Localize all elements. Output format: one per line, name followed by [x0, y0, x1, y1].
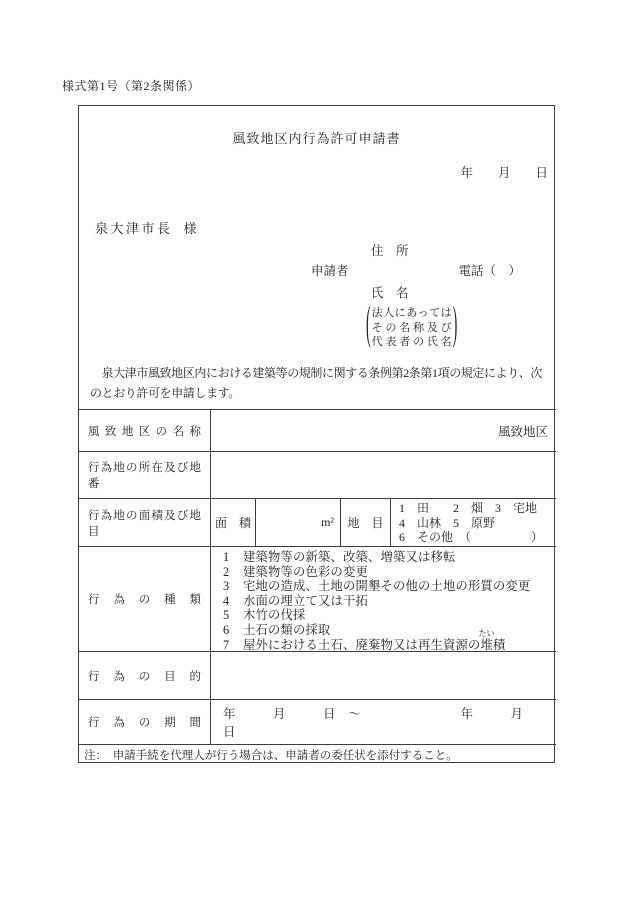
- purpose-value-cell: [211, 652, 556, 699]
- table-row-period: 行為の期間 年 月 日 ～ 年 月 日: [79, 699, 556, 744]
- kinds-list: 1 建築物等の新築、改築、増築又は移転 2 建築物等の色彩の変更 3 宅地の造成…: [211, 547, 556, 651]
- table-row-area: 行為地の面積及び地目 面 積 m² 地 目 1 田 2 畑 3 宅地 4 山林 …: [79, 498, 556, 546]
- kind-item: 4 水面の埋立て又は干拓: [223, 594, 556, 609]
- ruby-furigana: たい: [478, 630, 494, 638]
- area-value-cell: m²: [256, 499, 341, 546]
- kind-item-text-prefix: 屋外における土石、廃棄物又は再生資源の: [243, 638, 480, 652]
- kind-item-number: 5: [223, 608, 243, 623]
- area-label-cell: 行為地の面積及び地目: [79, 499, 211, 546]
- intro-paragraph: 泉大津市風致地区内における建築等の規制に関する条例第2条第1項の規定により、次 …: [90, 364, 552, 403]
- period-label-cell: 行為の期間: [79, 700, 211, 744]
- category-option-line: 1 田 2 畑 3 宅地: [399, 501, 556, 516]
- kind-item-number: 2: [223, 565, 243, 580]
- ruby-base-char: 堆: [480, 638, 493, 652]
- period-label: 行為の期間: [88, 714, 201, 730]
- period-value-cell: 年 月 日 ～ 年 月 日: [211, 700, 556, 744]
- location-value-cell: [211, 452, 556, 498]
- kind-item: 2 建築物等の色彩の変更: [223, 565, 556, 580]
- table-row-district: 風致地区の名称 風致地区: [79, 409, 556, 451]
- kind-item: 1 建築物等の新築、改築、増築又は移転: [223, 550, 556, 565]
- corporate-note-line: その名称及び: [372, 321, 452, 336]
- category-option-line: 6 その他 （ ）: [399, 530, 556, 545]
- applicant-block: 住 所 申請者 電話（ ） 氏 名 ( 法人にあっては その名称及び 代表者の氏…: [311, 243, 521, 350]
- district-suffix: 風致地区: [498, 422, 548, 440]
- kind-item-text-suffix: 積: [493, 638, 506, 652]
- corporate-note-line: 代表者の氏名: [372, 335, 452, 350]
- kind-item-number: 1: [223, 550, 243, 565]
- purpose-label: 行為の目的: [88, 668, 201, 684]
- area-row-label: 行為地の面積及び地目: [88, 507, 201, 539]
- kinds-label: 行為の種類: [88, 591, 201, 607]
- kind-item-text: 建築物等の色彩の変更: [243, 565, 556, 580]
- document-page: 様式第1号（第2条関係） 風致地区内行為許可申請書 年 月 日 泉大津市長様 住…: [0, 0, 630, 903]
- kind-item: 3 宅地の造成、土地の開墾その他の土地の形質の変更: [223, 579, 556, 594]
- kind-item-number: 7: [223, 638, 243, 653]
- kind-item-text: 木竹の伐採: [243, 608, 556, 623]
- table-row-kinds: 行為の種類 1 建築物等の新築、改築、増築又は移転 2 建築物等の色彩の変更 3…: [79, 546, 556, 651]
- location-label-cell: 行為地の所在及び地番: [79, 452, 211, 498]
- category-options-cell: 1 田 2 畑 3 宅地 4 山林 5 原野 6 その他 （ ）: [391, 499, 556, 546]
- corporate-note-close-paren: ): [452, 305, 459, 351]
- table-row-location: 行為地の所在及び地番: [79, 451, 556, 498]
- applicant-label: 申請者: [311, 263, 349, 279]
- kind-item: 7 屋外における土石、廃棄物又は再生資源の堆たい積: [223, 638, 556, 653]
- kind-item: 6 土石の類の採取: [223, 623, 556, 638]
- table-row-note: 注： 申請手続を代理人が行う場合は、申請者の委任状を添付すること。: [79, 744, 556, 764]
- category-sublabel: 地 目: [347, 514, 383, 531]
- district-name-label-cell: 風致地区の名称: [79, 410, 211, 451]
- phone-label: 電話（ ）: [459, 263, 522, 279]
- kind-item-text: 宅地の造成、土地の開墾その他の土地の形質の変更: [243, 579, 556, 594]
- address-label: 住 所: [371, 243, 521, 259]
- addressee-line: 泉大津市長様: [95, 218, 197, 237]
- kinds-label-cell: 行為の種類: [79, 547, 211, 651]
- kind-item-text: 土石の類の採取: [243, 623, 556, 638]
- kind-item-text: 水面の埋立て又は干拓: [243, 594, 556, 609]
- name-label: 氏 名: [371, 285, 521, 301]
- district-name-label: 風致地区の名称: [88, 423, 201, 439]
- area-sublabel-cell: 面 積: [211, 499, 256, 546]
- table-row-purpose: 行為の目的: [79, 651, 556, 699]
- kind-item: 5 木竹の伐採: [223, 608, 556, 623]
- category-sublabel-cell: 地 目: [341, 499, 391, 546]
- note-text: 注： 申請手続を代理人が行う場合は、申請者の委任状を添付すること。: [84, 747, 458, 763]
- kind-item-text: 屋外における土石、廃棄物又は再生資源の堆たい積: [243, 638, 556, 653]
- application-form-box: 風致地区内行為許可申請書 年 月 日 泉大津市長様 住 所 申請者 電話（ ） …: [78, 105, 555, 763]
- district-name-value-cell: 風致地区: [211, 410, 556, 451]
- corporate-note: ( 法人にあっては その名称及び 代表者の氏名 ): [365, 306, 521, 350]
- kind-item-number: 4: [223, 594, 243, 609]
- location-label: 行為地の所在及び地番: [88, 459, 201, 491]
- form-title: 風致地区内行為許可申請書: [79, 128, 554, 147]
- kind-item-text: 建築物等の新築、改築、増築又は移転: [243, 550, 556, 565]
- corporate-note-lines: 法人にあっては その名称及び 代表者の氏名: [372, 306, 452, 350]
- form-number-label: 様式第1号（第2条関係）: [62, 77, 200, 94]
- date-line: 年 月 日: [460, 163, 548, 181]
- ruby-base: 堆たい: [480, 638, 493, 652]
- kind-item-number: 3: [223, 579, 243, 594]
- form-table: 風致地区の名称 風致地区 行為地の所在及び地番 行為地の面積及び地目 面 積: [79, 409, 556, 764]
- recipient-name: 泉大津市長: [95, 221, 173, 236]
- corporate-note-line: 法人にあっては: [372, 306, 452, 321]
- purpose-label-cell: 行為の目的: [79, 652, 211, 699]
- honorific-label: 様: [184, 221, 197, 236]
- kind-item-number: 6: [223, 623, 243, 638]
- area-unit: m²: [321, 515, 334, 530]
- applicant-line: 申請者 電話（ ）: [311, 263, 521, 279]
- corporate-note-open-paren: (: [365, 305, 372, 351]
- area-sublabel: 面 積: [215, 514, 251, 531]
- category-option-line: 4 山林 5 原野: [399, 516, 556, 531]
